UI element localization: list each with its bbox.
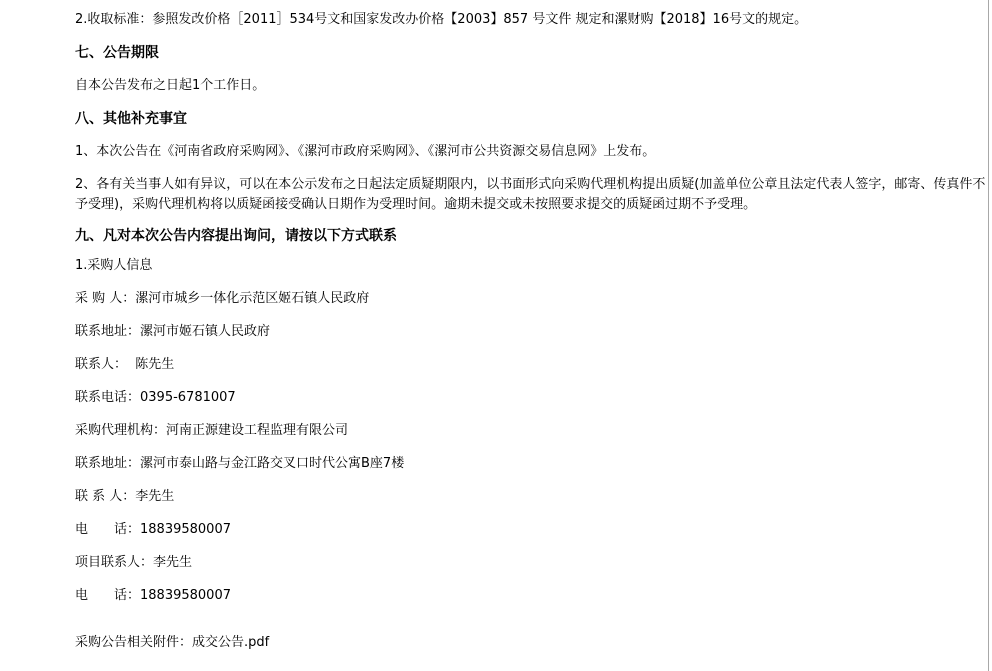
section-contact-heading: 九、凡对本次公告内容提出询问，请按以下方式联系 [75, 226, 987, 246]
agency-address-line: 联系地址：漯河市泰山路与金江路交叉口时代公寓B座7楼 [75, 454, 987, 474]
attachment-file-link[interactable]: 成交公告.pdf [192, 635, 269, 650]
objection-procedure-text: 2、各有关当事人如有异议，可以在本公示发布之日起法定质疑期限内，以书面形式向采购… [75, 175, 987, 215]
purchaser-contact-line: 联系人： 陈先生 [75, 355, 987, 375]
agency-phone-line: 电 话：18839580007 [75, 520, 987, 540]
purchaser-phone-line: 联系电话：0395-6781007 [75, 388, 987, 408]
purchaser-info-subheading: 1.采购人信息 [75, 256, 987, 276]
agency-name-line: 采购代理机构：河南正源建设工程监理有限公司 [75, 421, 987, 441]
project-contact-line: 项目联系人：李先生 [75, 553, 987, 573]
attachment-label: 采购公告相关附件： [75, 635, 192, 650]
attachment-line: 采购公告相关附件：成交公告.pdf [75, 633, 987, 653]
page-right-border [988, 0, 989, 671]
purchaser-address-line: 联系地址：漯河市姬石镇人民政府 [75, 322, 987, 342]
fee-standard-text: 2.收取标准：参照发改价格［2011］534号文和国家发改办价格【2003】85… [75, 10, 987, 30]
announcement-period-text: 自本公告发布之日起1个工作日。 [75, 76, 987, 96]
publication-sites-text: 1、本次公告在《河南省政府采购网》、《漯河市政府采购网》、《漯河市公共资源交易信… [75, 142, 987, 162]
section-supplementary-heading: 八、其他补充事宜 [75, 109, 987, 129]
procurement-announcement-document: 2.收取标准：参照发改价格［2011］534号文和国家发改办价格【2003】85… [0, 0, 992, 671]
project-phone-line: 电 话：18839580007 [75, 586, 987, 606]
purchaser-name-line: 采 购 人：漯河市城乡一体化示范区姬石镇人民政府 [75, 289, 987, 309]
agency-contact-line: 联 系 人：李先生 [75, 487, 987, 507]
section-announcement-period-heading: 七、公告期限 [75, 43, 987, 63]
